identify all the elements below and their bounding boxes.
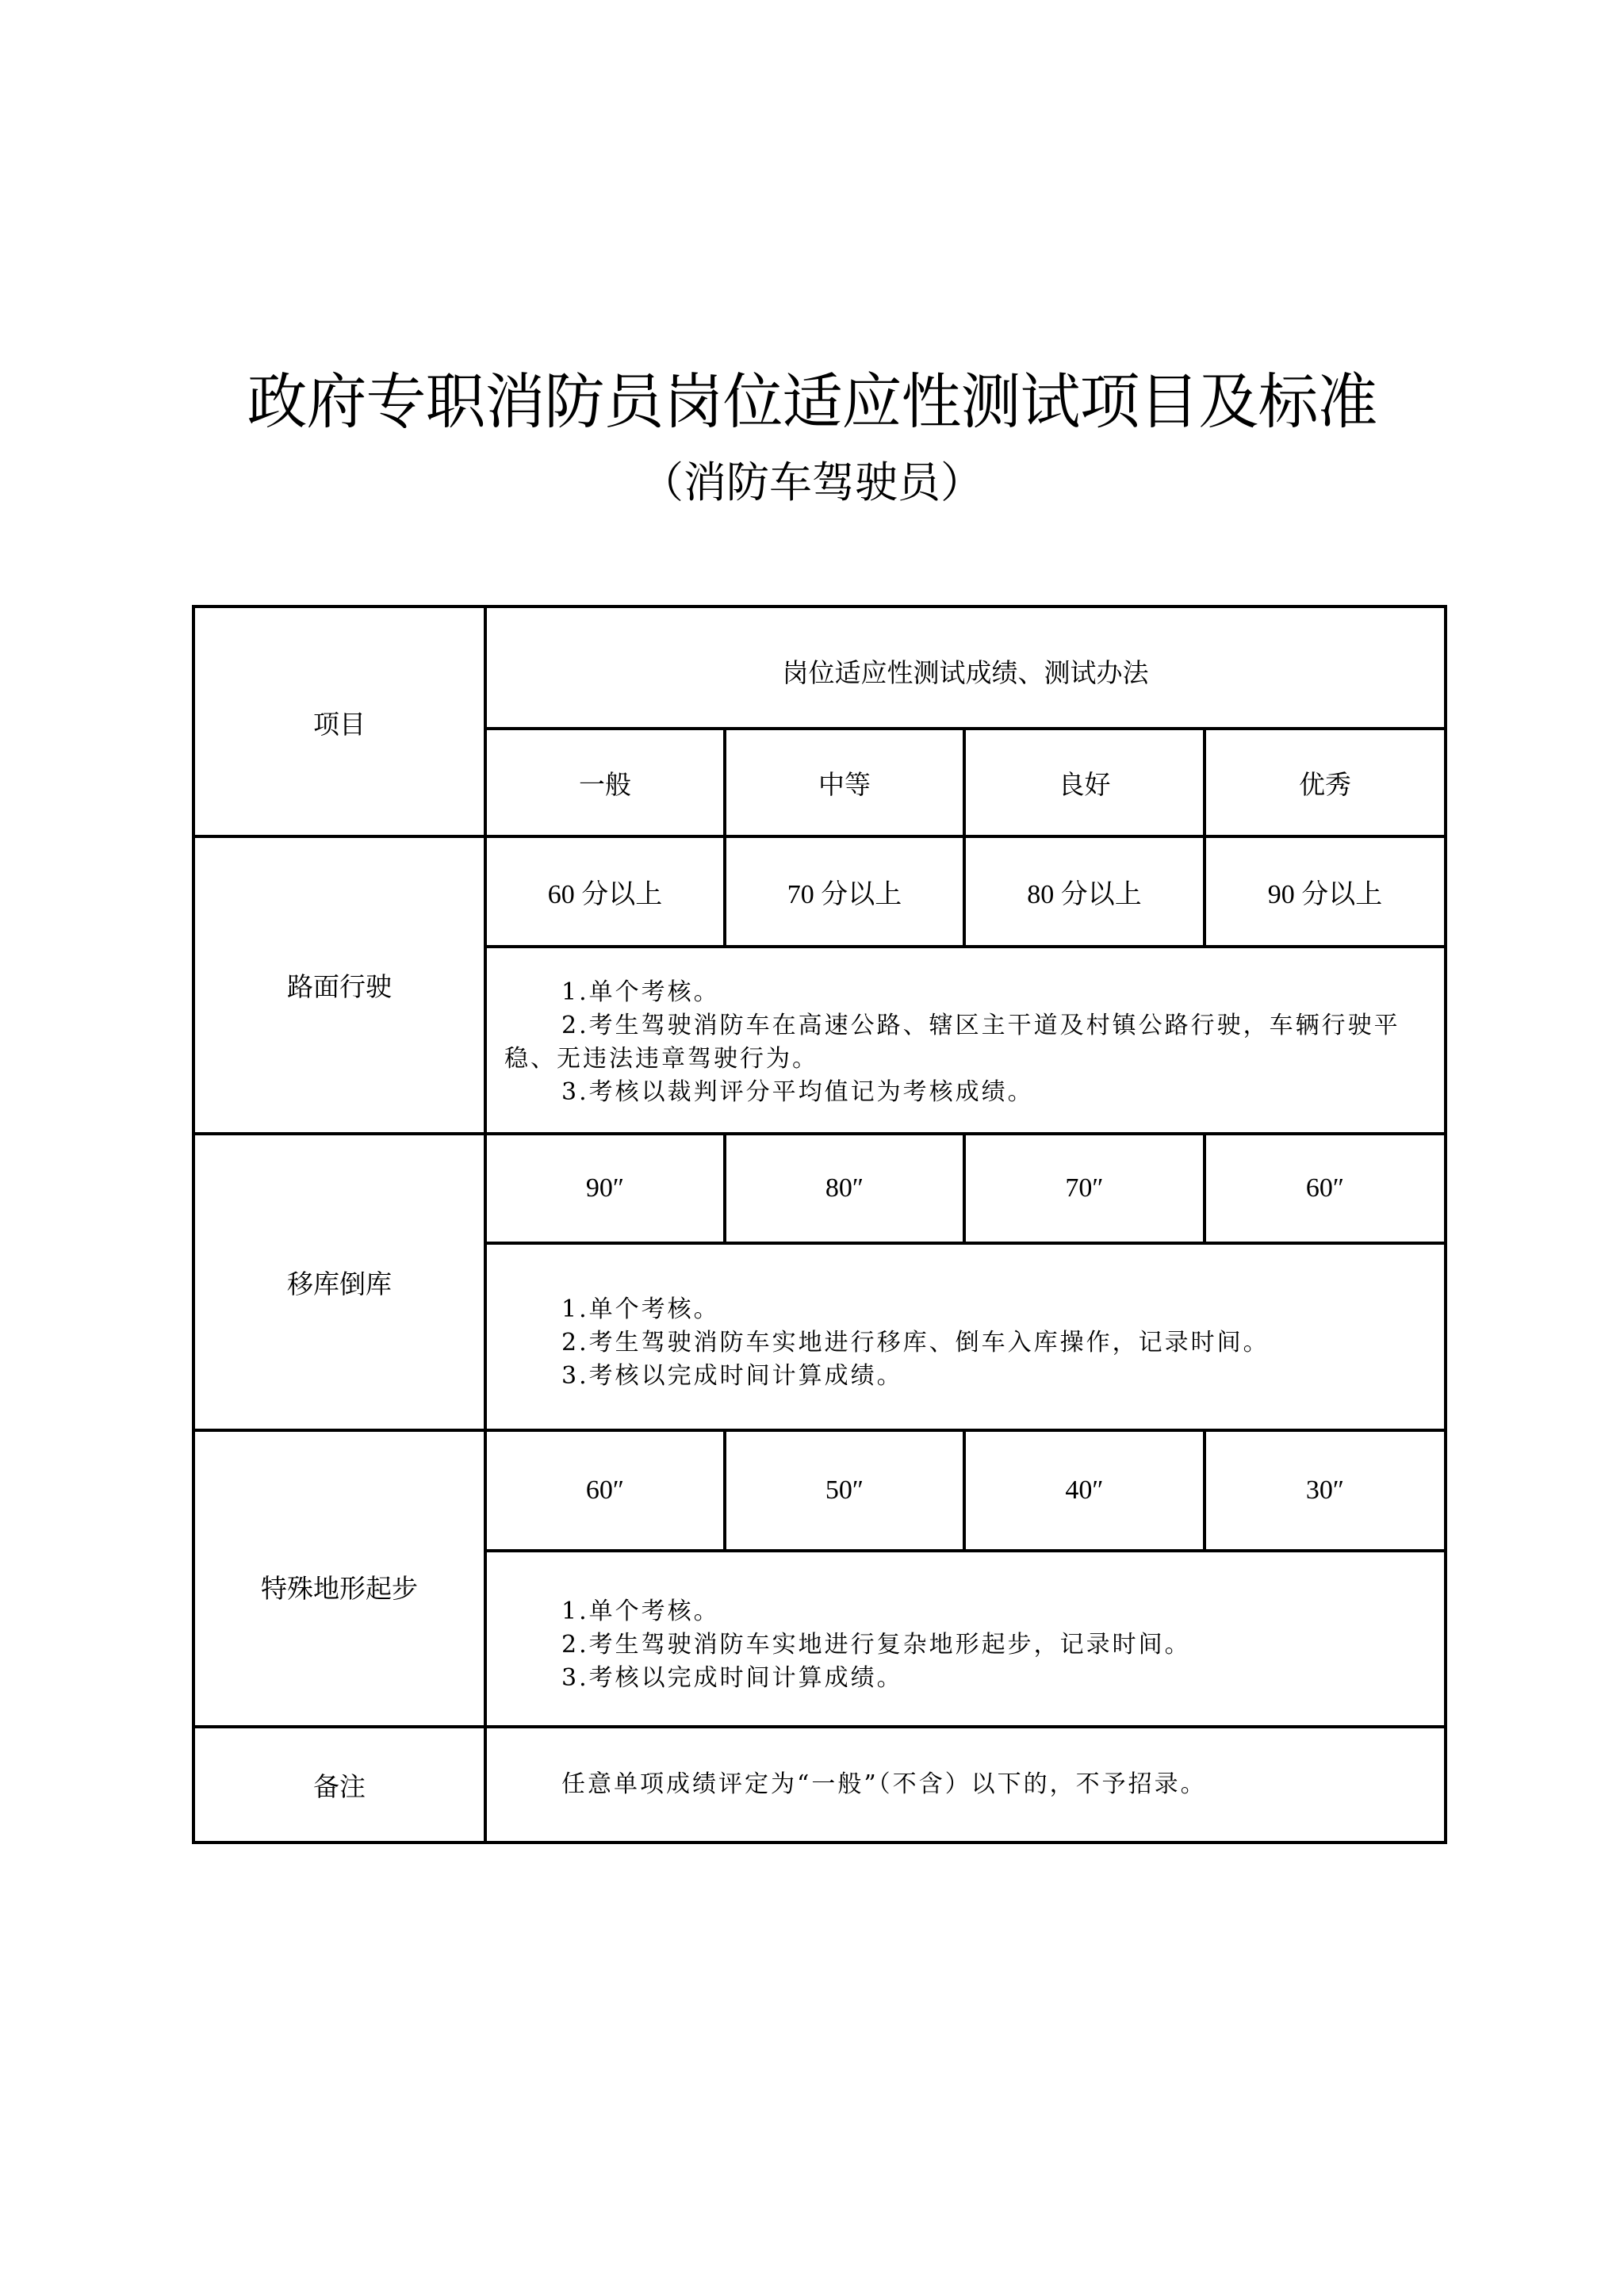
score-cell: 80″ <box>726 1135 963 1242</box>
method-description: 1.单个考核。 2.考生驾驶消防车实地进行复杂地形起步，记录时间。 3.考核以完… <box>487 1552 1444 1725</box>
row-item-road-driving: 路面行驶 <box>195 838 484 1132</box>
method-line: 3.考核以完成时间计算成绩。 <box>504 1360 1433 1393</box>
score-cell: 70 分以上 <box>726 838 963 945</box>
grade-excellent: 优秀 <box>1206 730 1444 835</box>
grade-general: 一般 <box>487 730 723 835</box>
row-item-special-terrain-start: 特殊地形起步 <box>195 1432 484 1725</box>
grade-good: 良好 <box>966 730 1203 835</box>
score-cell: 90″ <box>487 1135 723 1242</box>
remark-label: 备注 <box>195 1728 484 1841</box>
method-line: 1.单个考核。 <box>504 976 1433 1009</box>
method-line: 3.考核以裁判评分平均值记为考核成绩。 <box>504 1076 1433 1109</box>
remark-text-cell: 任意单项成绩评定为“一般”（不含）以下的，不予招录。 <box>487 1728 1444 1841</box>
header-item-label: 项目 <box>195 608 484 836</box>
method-line: 2.考生驾驶消防车在高速公路、辖区主干道及村镇公路行驶，车辆行驶平稳、无违法违章… <box>504 1009 1433 1076</box>
score-cell: 90 分以上 <box>1206 838 1444 945</box>
score-cell: 60 分以上 <box>487 838 723 945</box>
score-cell: 50″ <box>726 1432 963 1549</box>
standards-table: 项目 岗位适应性测试成绩、测试办法 一般 中等 良好 优秀 路面行驶 60 分以… <box>0 0 1624 2296</box>
score-cell: 70″ <box>966 1135 1203 1242</box>
header-group-label: 岗位适应性测试成绩、测试办法 <box>487 608 1444 727</box>
score-cell: 40″ <box>966 1432 1203 1549</box>
score-cell: 60″ <box>1206 1135 1444 1242</box>
method-line: 3.考核以完成时间计算成绩。 <box>504 1662 1433 1695</box>
method-line: 2.考生驾驶消防车实地进行复杂地形起步，记录时间。 <box>504 1628 1433 1662</box>
table-border-right <box>1444 605 1447 1844</box>
score-cell: 30″ <box>1206 1432 1444 1549</box>
row-item-garage-reversing: 移库倒库 <box>195 1135 484 1429</box>
score-cell: 60″ <box>487 1432 723 1549</box>
method-line: 1.单个考核。 <box>504 1293 1433 1326</box>
method-line: 2.考生驾驶消防车实地进行移库、倒车入库操作，记录时间。 <box>504 1326 1433 1360</box>
grade-medium: 中等 <box>726 730 963 835</box>
table-border-bottom <box>192 1841 1447 1844</box>
method-description: 1.单个考核。 2.考生驾驶消防车在高速公路、辖区主干道及村镇公路行驶，车辆行驶… <box>487 948 1444 1132</box>
remark-text: 任意单项成绩评定为“一般”（不含）以下的，不予招录。 <box>504 1768 1433 1801</box>
score-cell: 80 分以上 <box>966 838 1203 945</box>
method-line: 1.单个考核。 <box>504 1595 1433 1628</box>
method-description: 1.单个考核。 2.考生驾驶消防车实地进行移库、倒车入库操作，记录时间。 3.考… <box>487 1245 1444 1429</box>
